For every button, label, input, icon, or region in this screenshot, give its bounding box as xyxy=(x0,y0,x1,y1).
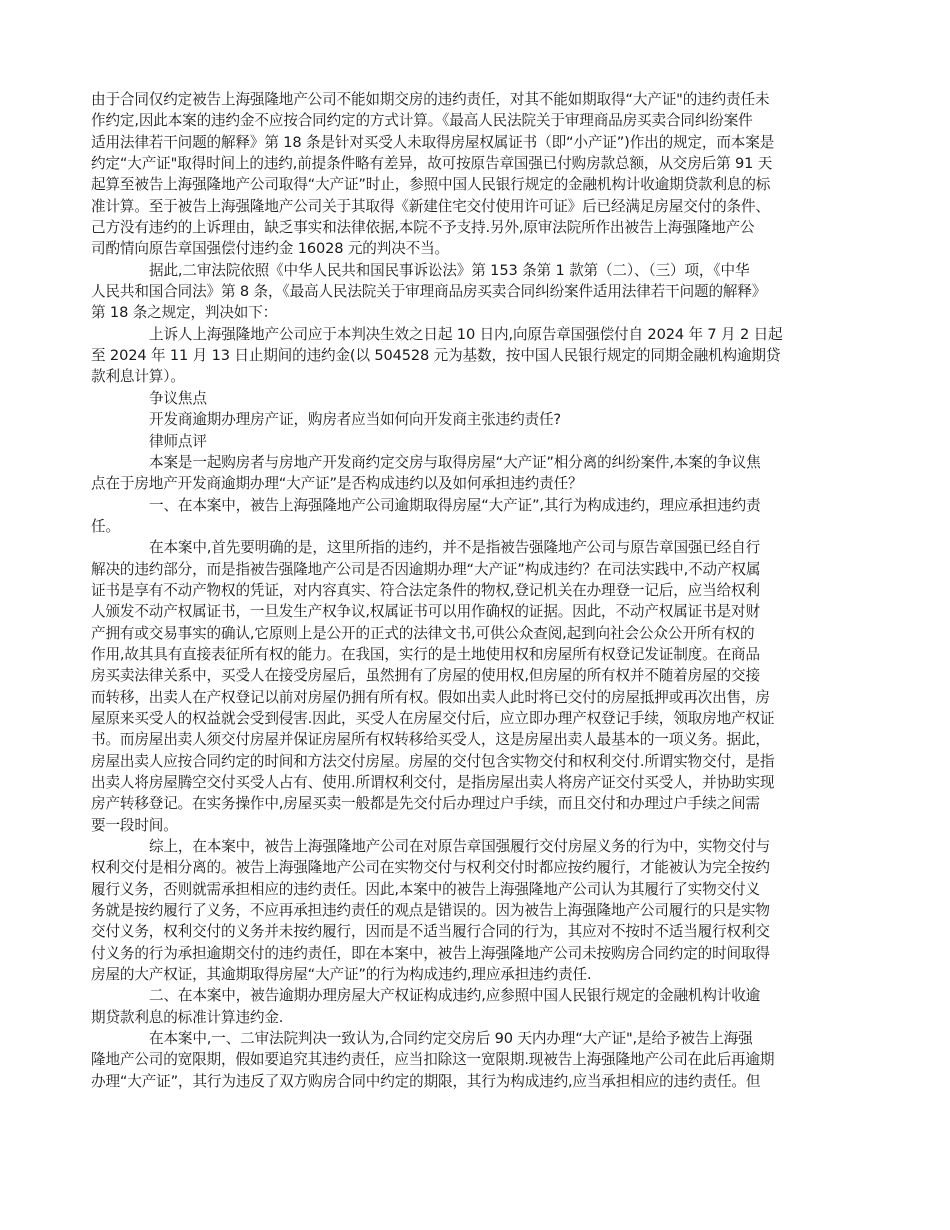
text-line: 起算至被告上海强隆地产公司取得“大产证”时止，参照中国人民银行规定的金融机构计收… xyxy=(91,174,866,195)
text-line: 第 18 条之规定，判决如下： xyxy=(91,302,866,323)
text-line: 司酌情向原告章国强偿付违约金 16028 元的判决不当。 xyxy=(91,238,866,259)
text-line: 款利息计算）。 xyxy=(91,366,866,387)
text-line: 房屋的大产权证，其逾期取得房屋“大产证”的行为构成违约,理应承担违约责任. xyxy=(91,964,866,985)
text-line: 证书是享有不动产物权的凭证，对内容真实、符合法定条件的物权,登记机关在办理登一记… xyxy=(91,580,866,601)
paragraph-first-line: 本案是一起购房者与房地产开发商约定交房与取得房屋“大产证”相分离的纠纷案件,本案… xyxy=(91,452,866,473)
text-line: 屋原来买受人的权益就会受到侵害.因此，买受人在房屋交付后，应立即办理产权登记手续… xyxy=(91,708,866,729)
text-line: 隆地产公司的宽限期，假如要追究其违约责任，应当扣除这一宽限期.现被告上海强隆地产… xyxy=(91,1049,866,1070)
text-line: 房买卖法律关系中，买受人在接受房屋后，虽然拥有了房屋的使用权,但房屋的所有权并不… xyxy=(91,665,866,686)
text-line: 履行义务，否则就需承担相应的违约责任。因此,本案中的被告上海强隆地产公司认为其履… xyxy=(91,879,866,900)
text-line: 要一段时间。 xyxy=(91,815,866,836)
text-line: 务就是按约履行了义务，不应再承担违约责任的观点是错误的。因为被告上海强隆地产公司… xyxy=(91,900,866,921)
paragraph-first-line: 争议焦点 xyxy=(91,388,866,409)
text-line: 任。 xyxy=(91,516,866,537)
paragraph-first-line: 一、在本案中，被告上海强隆地产公司逾期取得房屋“大产证”,其行为构成违约，理应承… xyxy=(91,495,866,516)
text-line: 点在于房地产开发商逾期办理“大产证”是否构成违约以及如何承担违约责任？ xyxy=(91,473,866,494)
text-line: 付义务的行为承担逾期交付的违约责任，即在本案中，被告上海强隆地产公司未按购房合同… xyxy=(91,943,866,964)
text-line: 作约定,因此本案的违约金不应按合同约定的方式计算。《最高人民法院关于审理商品房买… xyxy=(91,110,866,131)
text-line: 产拥有或交易事实的确认,它原则上是公开的正式的法律文书,可供公众查阅,起到向社会… xyxy=(91,623,866,644)
paragraph-first-line: 据此,二审法院依照《中华人民共和国民事诉讼法》第 153 条第 1 款第（二）、… xyxy=(91,260,866,281)
text-line: 期贷款利息的标准计算违约金. xyxy=(91,1007,866,1028)
text-line: 人颁发不动产权属证书，一旦发生产权争议,权属证书可以用作确权的证据。因此，不动产… xyxy=(91,601,866,622)
text-line: 房屋出卖人应按合同约定的时间和方法交付房屋。房屋的交付包含实物交付和权利交付.所… xyxy=(91,751,866,772)
paragraph-first-line: 在本案中,一、二审法院判决一致认为,合同约定交房后 90 天内办理“大产证",是… xyxy=(91,1028,866,1049)
paragraph-first-line: 开发商逾期办理房产证，购房者应当如何向开发商主张违约责任? xyxy=(91,409,866,430)
paragraph-first-line: 在本案中,首先要明确的是，这里所指的违约，并不是指被告强隆地产公司与原告章国强已… xyxy=(91,537,866,558)
text-line: 交付义务，权利交付的义务并未按约履行，因而是不适当履行合同的行为，其应对不按时不… xyxy=(91,921,866,942)
text-line: 适用法律若干问题的解释》第 18 条是针对买受人未取得房屋权属证书（即“小产证”… xyxy=(91,132,866,153)
text-line: 约定“大产证"取得时间上的违约,前提条件略有差异，故可按原告章国强已付购房款总额… xyxy=(91,153,866,174)
text-line: 由于合同仅约定被告上海强隆地产公司不能如期交房的违约责任，对其不能如期取得“大产… xyxy=(91,89,866,110)
text-line: 人民共和国合同法》第 8 条，《最高人民法院关于审理商品房买卖合同纠纷案件适用法… xyxy=(91,281,866,302)
text-line: 权利交付是相分离的。被告上海强隆地产公司在实物交付与权利交付时都应按约履行，才能… xyxy=(91,857,866,878)
text-line: 准计算。至于被告上海强隆地产公司关于其取得《新建住宅交付使用许可证》后已经满足房… xyxy=(91,196,866,217)
text-line: 己方没有违约的上诉理由，缺乏事实和法律依据,本院不予支持.另外,原审法院所作出被… xyxy=(91,217,866,238)
paragraph-first-line: 律师点评 xyxy=(91,431,866,452)
paragraph-first-line: 二、在本案中，被告逾期办理房屋大产权证构成违约,应参照中国人民银行规定的金融机构… xyxy=(91,985,866,1006)
text-line: 办理“大产证”，其行为违反了双方购房合同中约定的期限，其行为构成违约,应当承担相… xyxy=(91,1071,866,1092)
paragraph-first-line: 上诉人上海强隆地产公司应于本判决生效之日起 10 日内,向原告章国强偿付自 20… xyxy=(91,324,866,345)
text-line: 作用,故其具有直接表征所有权的能力。在我国，实行的是土地使用权和房屋所有权登记发… xyxy=(91,644,866,665)
text-line: 出卖人将房屋腾空交付买受人占有、使用.所谓权利交付，是指房屋出卖人将房产证交付买… xyxy=(91,772,866,793)
text-line: 解决的违约部分，而是指被告强隆地产公司是否因逾期办理“大产证”构成违约？在司法实… xyxy=(91,559,866,580)
document-page: 由于合同仅约定被告上海强隆地产公司不能如期交房的违约责任，对其不能如期取得“大产… xyxy=(91,89,866,1092)
text-line: 房产转移登记。在实务操作中,房屋买卖一般都是先交付后办理过户手续，而且交付和办理… xyxy=(91,793,866,814)
text-line: 至 2024 年 11 月 13 日止期间的违约金(以 504528 元为基数，… xyxy=(91,345,866,366)
paragraph-first-line: 综上，在本案中，被告上海强隆地产公司在对原告章国强履行交付房屋义务的行为中，实物… xyxy=(91,836,866,857)
text-line: 而转移，出卖人在产权登记以前对房屋仍拥有所有权。假如出卖人此时将已交付的房屋抵押… xyxy=(91,687,866,708)
text-line: 书。而房屋出卖人须交付房屋并保证房屋所有权转移给买受人，这是房屋出卖人最基本的一… xyxy=(91,729,866,750)
